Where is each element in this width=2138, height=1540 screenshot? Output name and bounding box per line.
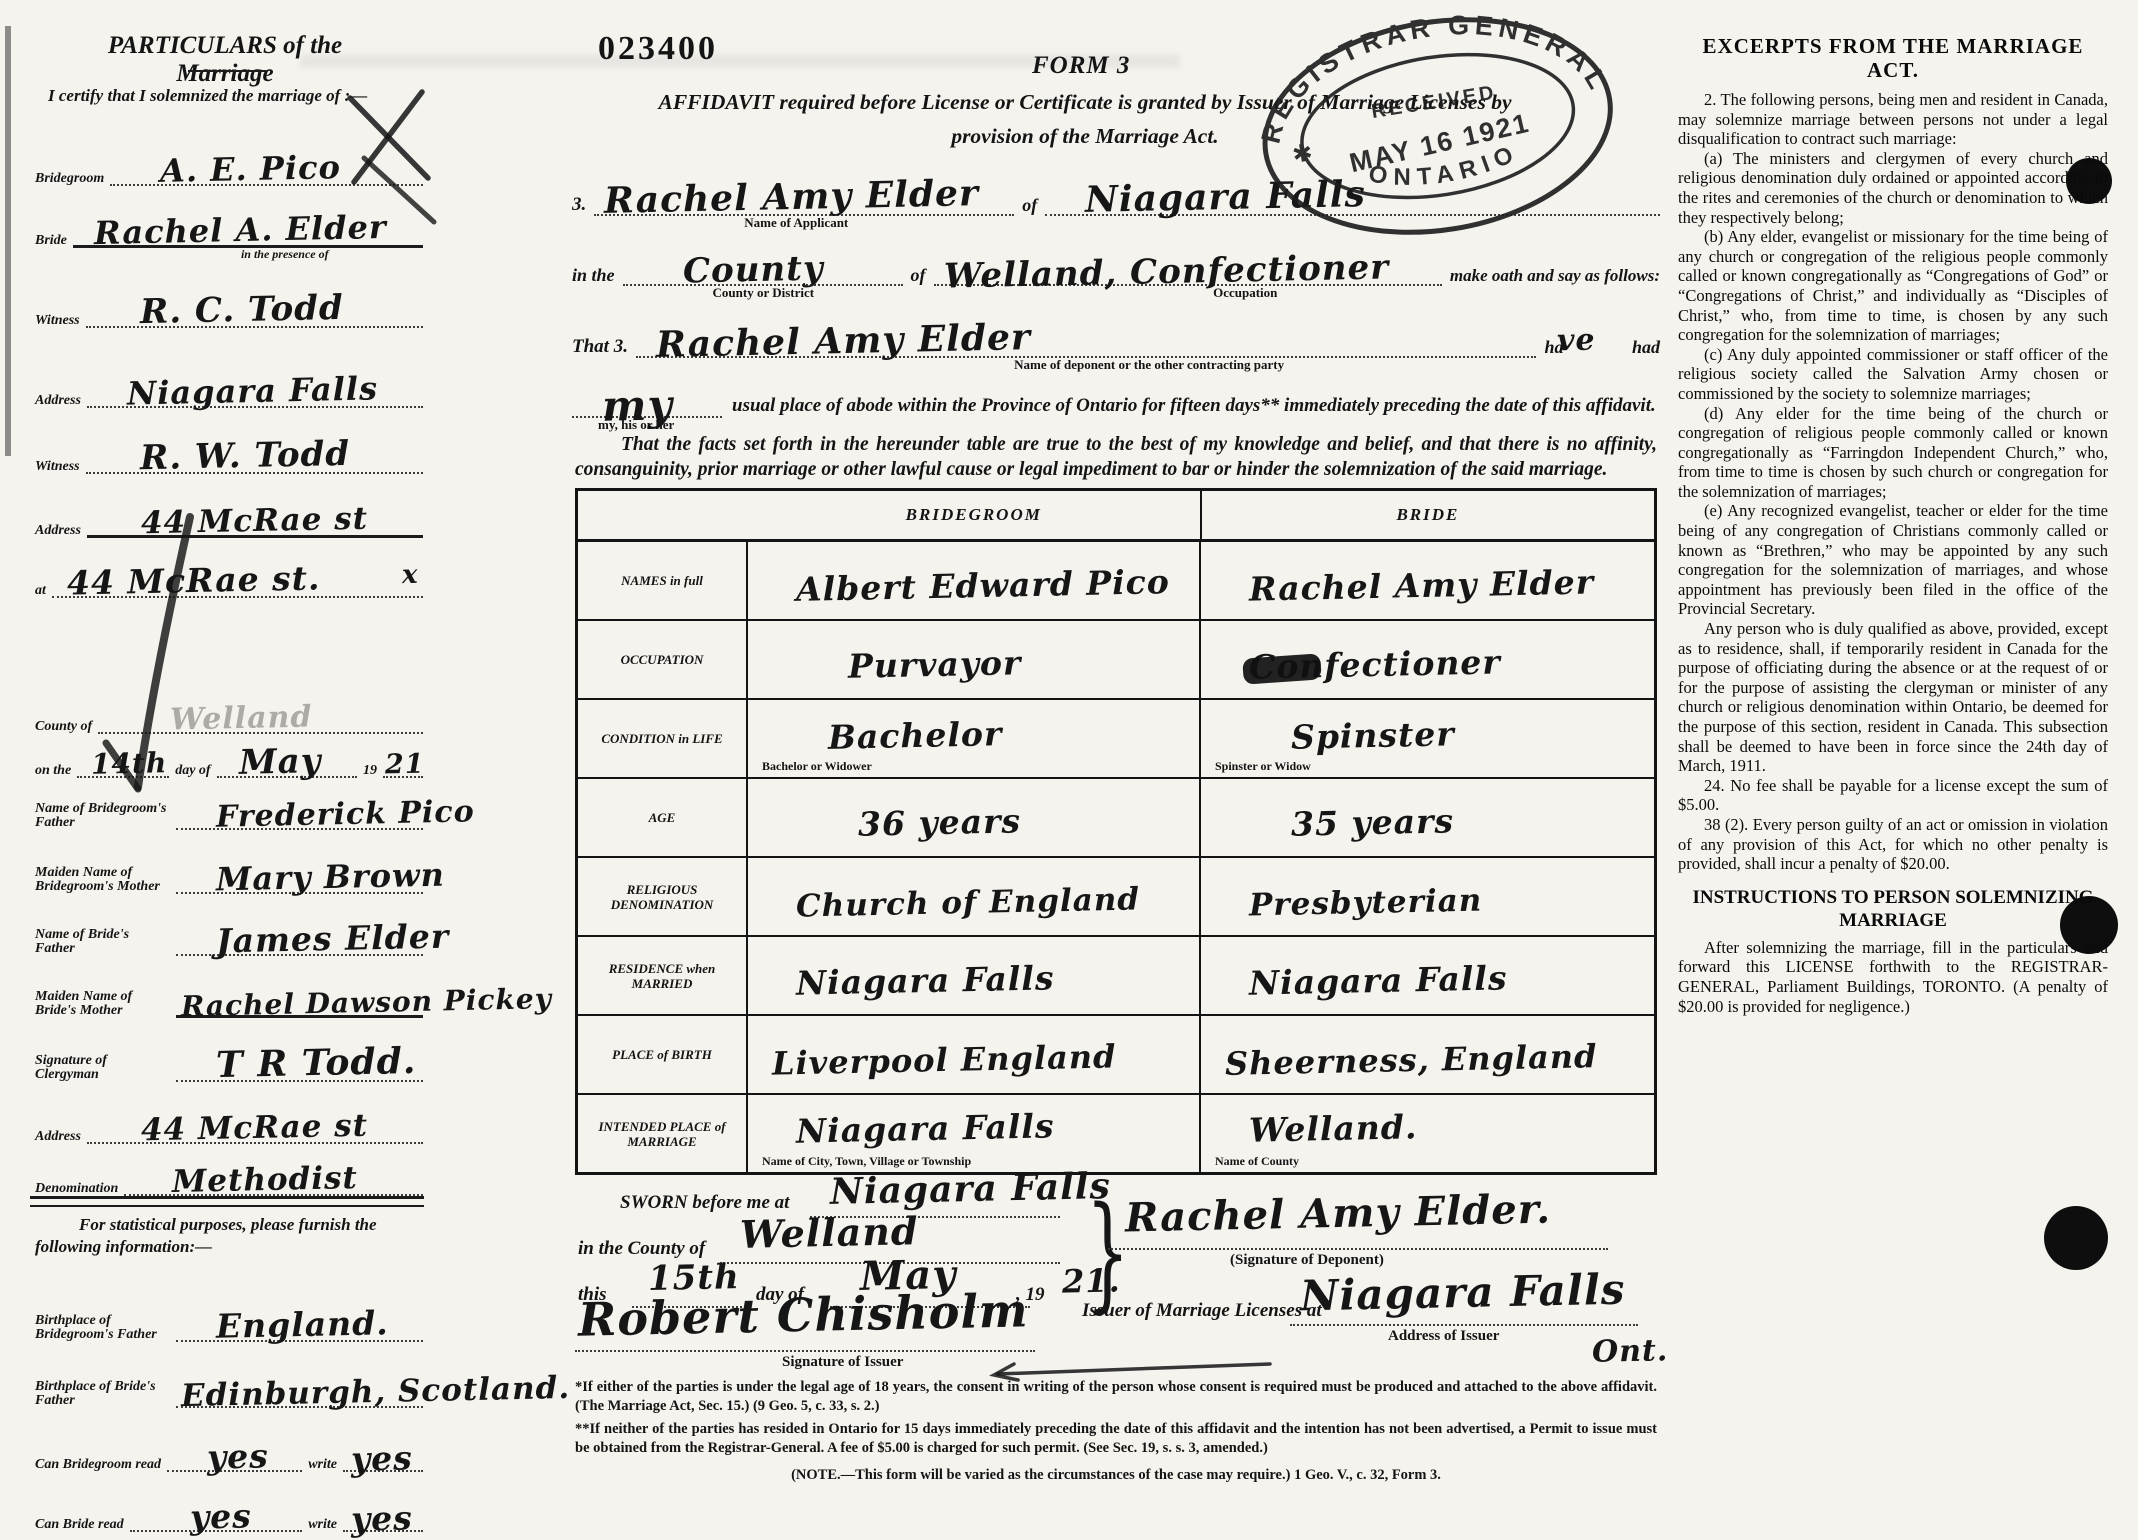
table-row-condition: CONDITION in LIFE Bachelor Bachelor or W… <box>578 700 1654 779</box>
table-row-intended-place: INTENDED PLACE of MARRIAGE Niagara Falls… <box>578 1095 1654 1172</box>
field-clergyman-signature: Signature of Clergyman T R Todd. <box>35 1038 423 1082</box>
handwritten-write: yes <box>351 1498 414 1538</box>
table-row-residence: RESIDENCE when MARRIED Niagara Falls Nia… <box>578 937 1654 1016</box>
field-label: Witness <box>35 314 80 328</box>
year-prefix: 19 <box>363 764 377 778</box>
issuer-at-label: Issuer of Marriage Licenses at <box>1082 1300 1322 1322</box>
handwritten-value: Rachel A. Elder <box>94 208 387 252</box>
handwritten-value: Rachel Dawson Pickey <box>181 982 553 1023</box>
bride-cell: 35 years <box>1201 779 1654 856</box>
excerpts-title: EXCERPTS FROM THE MARRIAGE ACT. <box>1678 34 2108 82</box>
handwritten-read: yes <box>207 1436 270 1476</box>
form-number: FORM 3 <box>1032 52 1130 80</box>
field-address-3: Address 44 McRae st <box>35 1100 423 1144</box>
stamp-arc-top-text: REGISTRAR GENERAL <box>1240 0 1617 151</box>
groom-cell: 36 years <box>748 779 1201 856</box>
left-column-title: PARTICULARS of the Marriage <box>70 32 380 88</box>
groom-cell: Albert Edward Pico <box>748 542 1201 619</box>
table-header-row: BRIDEGROOM BRIDE <box>578 491 1654 542</box>
issuer-address-label: Address of Issuer <box>1388 1328 1499 1345</box>
row-label: INTENDED PLACE of MARRIAGE <box>578 1095 748 1172</box>
field-bride-father-birthplace: Birthplace of Bride's Father Edinburgh, … <box>35 1364 423 1408</box>
table-row-birthplace: PLACE of BIRTH Liverpool England Sheerne… <box>578 1016 1654 1095</box>
handwritten-year: 21 <box>385 749 425 781</box>
ruled-line: yes <box>343 1530 423 1532</box>
facts-paragraph: That the facts set forth in the hereunde… <box>575 432 1657 482</box>
ruled-line: Frederick Pico <box>176 784 423 830</box>
groom-cell: Liverpool England <box>748 1016 1201 1093</box>
scanned-marriage-affidavit: PARTICULARS of the Marriage I certify th… <box>0 0 2138 1540</box>
that-word: That 3. <box>572 336 628 358</box>
handwritten-groom-age: 36 years <box>858 801 1022 843</box>
handwritten-value: R. C. Todd <box>139 288 343 332</box>
field-label: Witness <box>35 460 80 474</box>
ruled-line: R. W. Todd <box>86 428 423 474</box>
ruled-line: T R Todd. <box>176 1036 423 1082</box>
table-row-names: NAMES in full Albert Edward Pico Rachel … <box>578 542 1654 621</box>
intended-sublabel: Name of County <box>1215 1154 1299 1169</box>
field-label: Bride <box>35 234 67 248</box>
handwritten-value: Niagara Falls <box>127 369 379 412</box>
excerpt-paragraph: 24. No fee shall be payable for a licens… <box>1678 776 2108 815</box>
abode-text: usual place of abode within the Province… <box>732 394 1656 418</box>
field-witness-2: Witness R. W. Todd <box>35 430 423 474</box>
handwritten-value: R. W. Todd <box>139 434 350 478</box>
instructions-paragraph: After solemnizing the marriage, fill in … <box>1678 938 2108 1016</box>
field-bride-mother: Maiden Name of Bride's Mother Rachel Daw… <box>35 974 423 1018</box>
excerpt-paragraph: 2. The following persons, being men and … <box>1678 90 2108 149</box>
ruled-line: 44 McRae st <box>87 1098 423 1144</box>
handwritten-bride-birthplace: Sheerness, England <box>1225 1037 1598 1083</box>
field-label: Birthplace of Bridegroom's Father <box>35 1314 170 1342</box>
stamp-received-text: RECEIVED <box>1370 82 1498 123</box>
row-label: RELIGIOUS DENOMINATION <box>578 858 748 935</box>
condition-sublabel: Bachelor or Widower <box>762 759 872 774</box>
footnote-note: (NOTE.—This form will be varied as the c… <box>575 1466 1657 1485</box>
ruled-line: Rachel Dawson Pickey <box>176 971 423 1018</box>
field-label: Address <box>35 1130 81 1144</box>
applicant-number: 3. <box>572 194 586 216</box>
field-sublabel: in the presence of <box>241 247 329 262</box>
groom-cell: Purvayor <box>748 621 1201 698</box>
condition-sublabel: Spinster or Widow <box>1215 759 1311 774</box>
ruled-line: England. <box>176 1296 423 1342</box>
handwritten-groom-religion: Church of England <box>796 881 1141 924</box>
table-header-bride: BRIDE <box>1200 491 1654 539</box>
occupation-sublabel: Occupation <box>1213 285 1277 301</box>
excerpt-paragraph: (e) Any recognized evangelist, teacher o… <box>1678 501 2108 619</box>
svg-text:REGISTRAR GENERAL: REGISTRAR GENERAL <box>1240 0 1617 151</box>
excerpt-paragraph: (a) The ministers and clergymen of every… <box>1678 149 2108 227</box>
title-rule <box>188 70 266 72</box>
excerpt-paragraph: 38 (2). Every person guilty of an act or… <box>1678 815 2108 874</box>
abode-row: my my, his or her usual place of abode w… <box>572 376 1660 418</box>
had-word: had <box>1632 337 1660 358</box>
field-label: write <box>308 1518 337 1532</box>
handwritten-groom-birthplace: Liverpool England <box>772 1037 1117 1082</box>
groom-cell: Bachelor Bachelor or Widower <box>748 700 1201 777</box>
district-sublabel: County or District <box>713 285 815 301</box>
in-the-word: in the <box>572 265 615 286</box>
bride-cell: Niagara Falls <box>1201 937 1654 1014</box>
handwritten-deponent-signature: Rachel Amy Elder. <box>1125 1186 1552 1242</box>
row-label: OCCUPATION <box>578 621 748 698</box>
of-word: of <box>911 265 926 286</box>
handwritten-bride-residence: Niagara Falls <box>1249 958 1508 1002</box>
sworn-county-label: in the County of <box>578 1238 705 1260</box>
handwritten-value: Methodist <box>172 1160 359 1200</box>
excerpt-paragraph: Any person who is duly qualified as abov… <box>1678 619 2108 776</box>
handwritten-value: England. <box>215 1303 388 1346</box>
district-row: in the County County or District of Well… <box>572 240 1660 286</box>
ruled-line: Mary Brown <box>176 848 423 894</box>
excerpt-paragraph: (b) Any elder, evangelist or missionary … <box>1678 227 2108 345</box>
stamp-star-icon: ✱ <box>1291 140 1315 169</box>
field-label: Can Bridegroom read <box>35 1458 161 1472</box>
ruled-line <box>575 1350 1035 1352</box>
table-row-occupation: OCCUPATION Purvayor Confectioner <box>578 621 1654 700</box>
handwritten-groom-occupation: Purvayor <box>848 643 1022 686</box>
field-bride-literacy: Can Bride read yes write yes <box>35 1492 423 1532</box>
excerpt-paragraph: (d) Any elder for the time being of the … <box>1678 404 2108 502</box>
footnote-consent: *If either of the parties is under the l… <box>575 1378 1657 1416</box>
oath-text: make oath and say as follows: <box>1450 266 1660 286</box>
ruled-line: County County or District <box>623 238 903 286</box>
handwritten-bride-age: 35 years <box>1291 801 1455 843</box>
bride-cell: Welland. Name of County <box>1201 1095 1654 1172</box>
handwritten-value: Mary Brown <box>215 856 445 899</box>
row-label: RESIDENCE when MARRIED <box>578 937 748 1014</box>
field-label: Denomination <box>35 1182 118 1196</box>
field-bridegroom-father-birthplace: Birthplace of Bridegroom's Father Englan… <box>35 1298 423 1342</box>
handwritten-sworn-county: Welland <box>740 1208 919 1257</box>
handwritten-bride-condition: Spinster <box>1291 714 1455 756</box>
ruled-line <box>1108 1248 1608 1250</box>
ruled-line: R. C. Todd <box>86 282 423 328</box>
registrar-general-received-stamp: REGISTRAR GENERAL RECEIVED MAY 16 1921 O… <box>1236 0 1640 272</box>
ruled-line <box>1290 1324 1638 1326</box>
row-label: AGE <box>578 779 748 856</box>
field-label: Bridegroom <box>35 172 104 186</box>
field-witness-1: Witness R. C. Todd <box>35 284 423 328</box>
handwritten-deponent-name: Rachel Amy Elder <box>656 316 1032 366</box>
field-bridegroom-mother: Maiden Name of Bridegroom's Mother Mary … <box>35 850 423 894</box>
ruled-line: yes <box>343 1470 423 1472</box>
instructions-title: INSTRUCTIONS TO PERSON SOLEMNIZING MARRI… <box>1678 886 2108 932</box>
ruled-line: James Elder <box>176 910 423 956</box>
statistical-heading: For statistical purposes, please furnish… <box>35 1214 421 1258</box>
ink-checkmark <box>58 505 208 805</box>
field-address-1: Address Niagara Falls <box>35 364 423 408</box>
scan-edge-artifact <box>5 26 11 456</box>
handwritten-write: yes <box>351 1438 414 1478</box>
ruled-line: May <box>217 776 357 778</box>
handwritten-bride-religion: Presbyterian <box>1249 883 1483 924</box>
issuer-signature-label: Signature of Issuer <box>782 1354 903 1371</box>
of-word: of <box>1022 195 1037 216</box>
field-label: Address <box>35 394 81 408</box>
excerpt-paragraph: (c) Any duly appointed commissioner or s… <box>1678 345 2108 404</box>
row-label: CONDITION in LIFE <box>578 700 748 777</box>
applicant-sublabel: Name of Applicant <box>744 215 848 231</box>
field-label: Signature of Clergyman <box>35 1054 170 1082</box>
field-label: Name of Bridegroom's Father <box>35 802 170 830</box>
handwritten-issuer-place: Niagara Falls <box>1300 1265 1626 1321</box>
handwritten-groom-intended: Niagara Falls <box>796 1106 1055 1150</box>
section-divider <box>30 1196 424 1207</box>
field-label: Maiden Name of Bride's Mother <box>35 990 170 1018</box>
field-label: at <box>35 584 46 598</box>
ruled-line: Niagara Falls <box>87 362 423 408</box>
bridegroom-bride-table: BRIDEGROOM BRIDE NAMES in full Albert Ed… <box>575 488 1657 1175</box>
bride-cell: Confectioner <box>1201 621 1654 698</box>
marriage-act-excerpts: EXCERPTS FROM THE MARRIAGE ACT. 2. The f… <box>1678 34 2108 1016</box>
bride-cell: Sheerness, England <box>1201 1016 1654 1093</box>
handwritten-groom-condition: Bachelor <box>828 714 1003 757</box>
deponent-signature-label: (Signature of Deponent) <box>1230 1252 1384 1269</box>
field-label: Maiden Name of Bridegroom's Mother <box>35 866 170 894</box>
abode-sublabel: my, his or her <box>598 417 674 433</box>
ruled-line: Rachel Amy Elder Name of deponent or the… <box>636 310 1536 358</box>
handwritten-read: yes <box>189 1496 252 1536</box>
handwritten-bride-intended: Welland. <box>1249 1107 1418 1150</box>
bride-cell: Presbyterian <box>1201 858 1654 935</box>
ruled-line: Edinburgh, Scotland. <box>176 1362 423 1408</box>
deponent-row: That 3. Rachel Amy Elder Name of deponen… <box>572 312 1660 358</box>
table-header-bridegroom: BRIDEGROOM <box>748 505 1200 525</box>
field-label: write <box>308 1458 337 1472</box>
hole-punch <box>2044 1206 2108 1270</box>
field-label: Name of Bride's Father <box>35 928 170 956</box>
ruled-line: Rachel Amy Elder Name of Applicant <box>594 166 1014 216</box>
serial-number: 023400 <box>598 30 718 68</box>
handwritten-value: A. E. Pico <box>160 148 342 190</box>
bride-cell: Rachel Amy Elder <box>1201 542 1654 619</box>
bride-cell: Spinster Spinster or Widow <box>1201 700 1654 777</box>
handwritten-bride-names: Rachel Amy Elder <box>1249 562 1595 608</box>
deponent-sublabel: Name of deponent or the other contractin… <box>1014 357 1284 373</box>
ink-slash-mark <box>352 150 444 232</box>
handwritten-value: James Elder <box>215 917 449 961</box>
handwritten-issuer-province: Ont. <box>1592 1333 1669 1370</box>
field-label: Birthplace of Bride's Father <box>35 1380 170 1408</box>
ruled-line: 21 <box>383 776 423 778</box>
table-row-age: AGE 36 years 35 years <box>578 779 1654 858</box>
groom-cell: Church of England <box>748 858 1201 935</box>
handwritten-groom-residence: Niagara Falls <box>796 958 1055 1002</box>
handwritten-groom-names: Albert Edward Pico <box>796 562 1170 609</box>
ruled-line: my my, his or her <box>572 376 722 418</box>
footnote-residency: **If neither of the parties has resided … <box>575 1420 1657 1458</box>
handwritten-value: T R Todd. <box>215 1040 416 1086</box>
table-row-religion: RELIGIOUS DENOMINATION Church of England… <box>578 858 1654 937</box>
row-label: PLACE of BIRTH <box>578 1016 748 1093</box>
handwritten-issuer-signature: Robert Chisholm <box>577 1283 1029 1346</box>
handwritten-value: Frederick Pico <box>215 794 474 834</box>
ink-scribble <box>1242 653 1322 684</box>
groom-cell: Niagara Falls Name of City, Town, Villag… <box>748 1095 1201 1172</box>
field-denomination: Denomination Methodist <box>35 1152 423 1196</box>
ruled-line: yes <box>167 1470 302 1472</box>
ink-mark-x: x <box>402 560 419 590</box>
groom-cell: Niagara Falls <box>748 937 1201 1014</box>
handwritten-ve-overwrite: ve <box>1557 323 1596 359</box>
field-bridegroom-literacy: Can Bridegroom read yes write yes <box>35 1432 423 1472</box>
handwritten-value: Edinburgh, Scotland. <box>181 1370 571 1414</box>
handwritten-sworn-place: Niagara Falls <box>830 1165 1112 1213</box>
intended-sublabel: Name of City, Town, Village or Township <box>762 1154 971 1169</box>
ruled-line: Methodist <box>124 1150 423 1196</box>
field-label: Can Bride read <box>35 1518 124 1532</box>
handwritten-month: May <box>238 741 321 783</box>
ruled-line: yes <box>130 1530 303 1532</box>
handwritten-value: 44 McRae st <box>140 1108 368 1149</box>
row-label: NAMES in full <box>578 542 748 619</box>
field-bride-father: Name of Bride's Father James Elder <box>35 912 423 956</box>
